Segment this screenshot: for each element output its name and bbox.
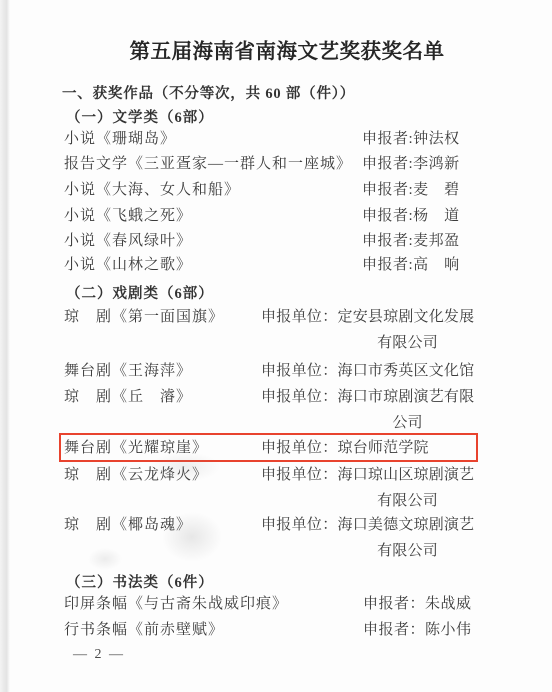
work-title: 琼 剧《云龙烽火》 [64,462,208,488]
document-page: 第五届海南省南海文艺奖获奖名单 一、获奖作品（不分等次，共 60 部（件）） （… [0,0,552,692]
unit-label: 申报单位： [261,384,338,410]
unit-name-line2: 有限公司 [338,330,478,356]
unit-name-line1: 海口琼山区琼剧演艺 [338,462,478,488]
unit-name: 琼台师范学院 [338,435,478,461]
work-title: 琼 剧《丘 濬》 [64,384,192,410]
unit-label: 申报单位： [261,435,338,461]
applicant-unit: 申报单位： 定安县琼剧文化发展 有限公司 [261,304,478,356]
work-title: 报告文学《三亚疍家—一群人和一座城》 [64,155,352,173]
page-number: — 2 — [73,647,125,663]
work-title: 琼 剧《椰岛魂》 [64,512,192,538]
applicant: 申报者:杨 道 [362,207,460,225]
applicant-unit: 申报单位： 海口市琼剧演艺有限 公司 [261,384,478,436]
work-title: 小说《大海、女人和船》 [64,181,240,199]
applicant-unit: 申报单位： 海口美德文琼剧演艺 有限公司 [261,512,478,564]
work-title: 小说《春风绿叶》 [64,232,192,250]
work-title: 小说《山林之歌》 [64,256,192,274]
unit-name-line1: 海口美德文琼剧演艺 [338,512,478,538]
applicant: 申报者:麦邦盈 [362,232,460,250]
document-title: 第五届海南省南海文艺奖获奖名单 [11,34,552,64]
unit-name: 海口美德文琼剧演艺 有限公司 [338,512,478,564]
applicant-unit: 申报单位： 琼台师范学院 [261,435,478,461]
applicant: 申报者：陈小伟 [363,621,472,639]
unit-name: 定安县琼剧文化发展 有限公司 [338,304,478,356]
section-header-drama: （二）戏剧类（6部） [66,282,214,303]
unit-label: 申报单位： [261,462,338,488]
work-title: 小说《飞蛾之死》 [64,207,192,225]
unit-name: 海口市琼剧演艺有限 公司 [338,384,478,436]
applicant: 申报者：朱战威 [363,595,472,613]
unit-name-line1: 定安县琼剧文化发展 [338,304,478,330]
unit-label: 申报单位： [261,512,338,538]
applicant-unit: 申报单位： 海口琼山区琼剧演艺 有限公司 [261,462,478,514]
work-title: 琼 剧《第一面国旗》 [64,304,224,330]
applicant: 申报者:李鸿新 [362,155,460,173]
work-title: 小说《珊瑚岛》 [64,130,176,148]
applicant: 申报者:高 响 [362,256,460,274]
unit-name-line2: 有限公司 [338,488,478,514]
unit-label: 申报单位： [261,304,338,330]
applicant-unit: 申报单位： 海口市秀英区文化馆 [261,358,478,384]
section-header-literature: （一）文学类（6部） [66,106,214,127]
section-header-calligraphy: （三）书法类（6件） [66,571,214,592]
unit-label: 申报单位： [261,358,338,384]
unit-name-line1: 海口市琼剧演艺有限 [338,384,478,410]
unit-name-line1: 琼台师范学院 [338,435,478,461]
applicant: 申报者:钟法权 [362,130,460,148]
work-title: 印屏条幅《与古斋朱战威印痕》 [64,595,288,613]
awards-heading: 一、获奖作品（不分等次，共 60 部（件）） [62,82,355,103]
work-title: 舞台剧《王海萍》 [64,358,192,384]
scan-smudge [88,548,122,570]
unit-name-line2: 有限公司 [338,538,478,564]
unit-name: 海口市秀英区文化馆 [338,358,478,384]
scan-edge [0,0,10,692]
unit-name-line1: 海口市秀英区文化馆 [338,358,478,384]
work-title: 舞台剧《光耀琼崖》 [64,435,208,461]
unit-name: 海口琼山区琼剧演艺 有限公司 [338,462,478,514]
work-title: 行书条幅《前赤壁赋》 [64,621,224,639]
applicant: 申报者:麦 碧 [362,181,460,199]
